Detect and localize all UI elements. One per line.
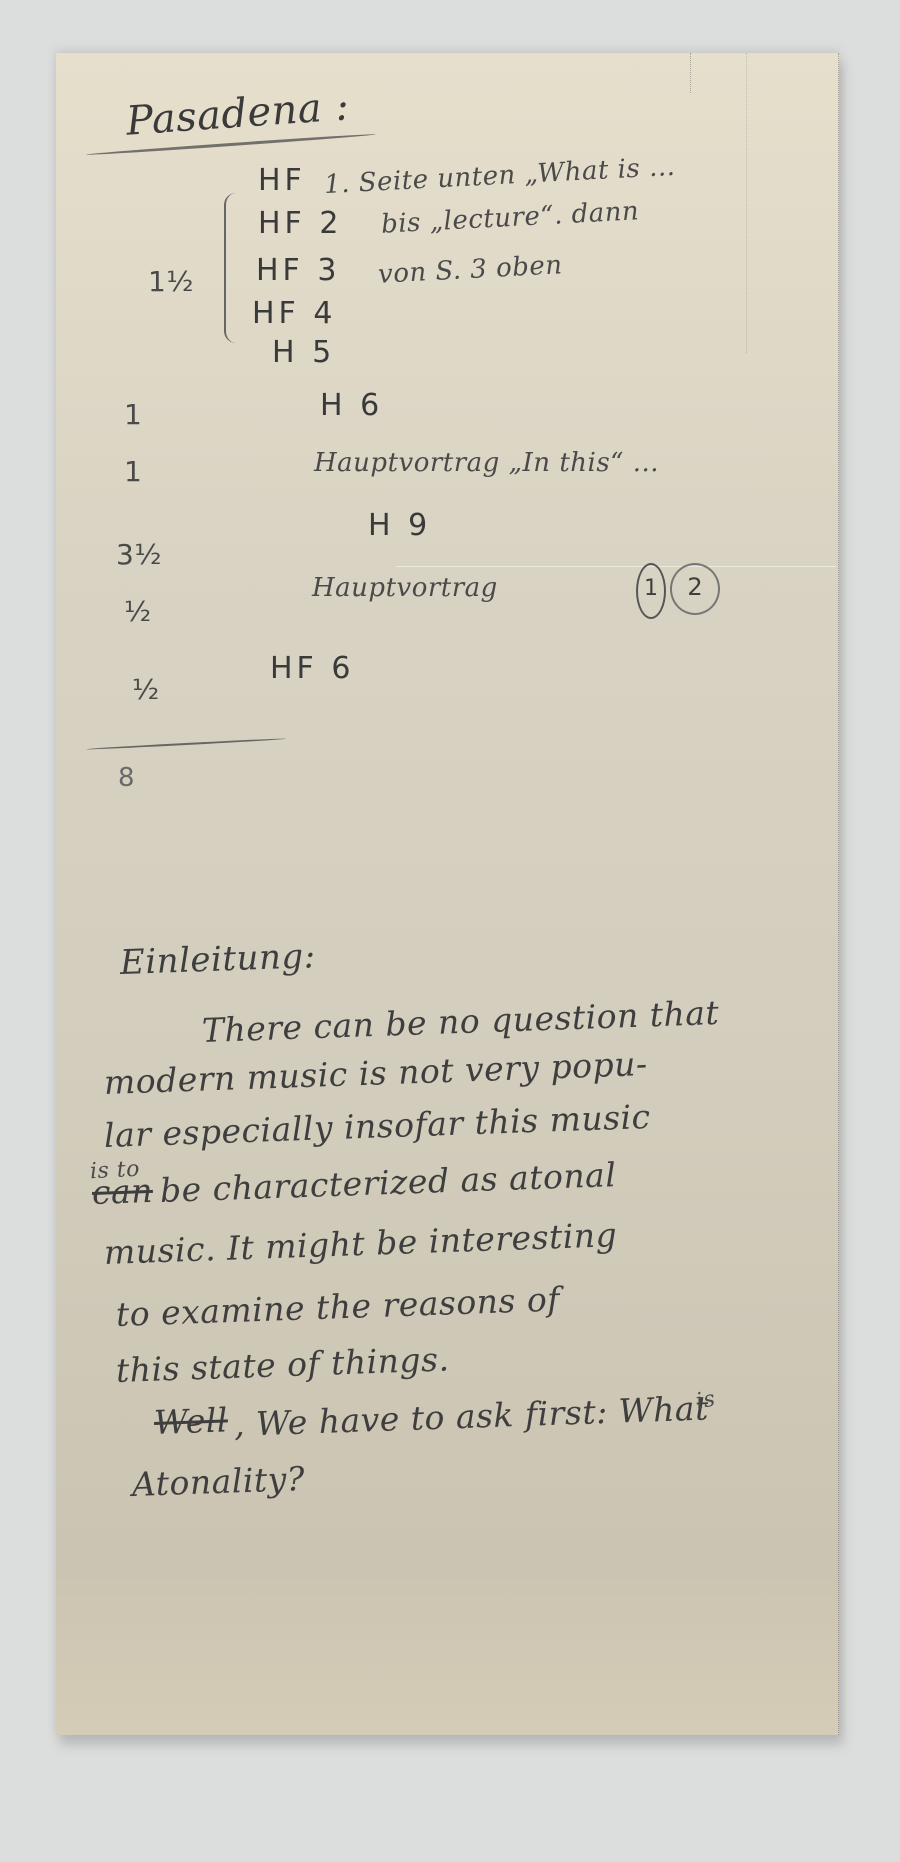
- circled-mark-2: 2: [670, 563, 720, 615]
- paragraph-line: Atonality?: [131, 1459, 305, 1504]
- paragraph-line: , We have to ask first: What: [233, 1388, 709, 1444]
- entry-code: HF 4: [252, 296, 336, 331]
- struck-word: Well: [153, 1400, 228, 1442]
- entry-code: HF 2: [258, 206, 342, 241]
- entry-note: von S. 3 oben: [377, 250, 563, 290]
- page-title: Pasadena :: [125, 83, 351, 144]
- manuscript-page: Pasadena : HF 1. Seite unten „What is ..…: [56, 53, 839, 1735]
- inserted-words: is: [694, 1387, 717, 1415]
- paragraph-line: be characterized as atonal: [159, 1155, 617, 1210]
- pin-marks: [690, 53, 691, 93]
- duration-value: 3½: [116, 538, 162, 571]
- duration-value: 1: [124, 398, 142, 431]
- paragraph-line: this state of things.: [115, 1339, 450, 1390]
- entry-code: H 9: [368, 508, 431, 543]
- paragraph-line: music. It might be interesting: [103, 1215, 617, 1272]
- total-value: 8: [118, 763, 135, 793]
- entry-note: 1. Seite unten „What is ...: [323, 152, 676, 200]
- paragraph-line: to examine the reasons of: [115, 1280, 560, 1334]
- paragraph-line: There can be no question that: [201, 993, 720, 1050]
- grouping-brace: [224, 193, 240, 343]
- circled-mark-1: 1: [636, 563, 666, 619]
- entry-code: HF 6: [270, 651, 354, 686]
- perforated-edge: [838, 53, 839, 1735]
- entry-note: Hauptvortrag: [312, 573, 498, 603]
- entry-note: Hauptvortrag „In this“ ...: [314, 448, 659, 478]
- entry-code: H 6: [320, 388, 383, 423]
- entry-note: bis „lecture“. dann: [380, 196, 639, 239]
- struck-word: can: [91, 1171, 153, 1212]
- duration-value: ½: [124, 595, 152, 628]
- entry-code: H 5: [272, 335, 335, 370]
- duration-value: ½: [132, 673, 160, 706]
- sum-line: [86, 738, 286, 750]
- fold-line: [396, 566, 836, 567]
- paragraph-line: lar especially insofar this music: [103, 1097, 651, 1155]
- section-heading: Einleitung:: [119, 936, 316, 983]
- pin-marks: [746, 53, 747, 353]
- duration-value: 1½: [148, 265, 194, 298]
- paragraph-line: modern music is not very popu-: [103, 1044, 648, 1102]
- duration-value: 1: [124, 455, 142, 488]
- entry-code: HF 3: [256, 253, 340, 288]
- entry-code: HF: [258, 163, 306, 198]
